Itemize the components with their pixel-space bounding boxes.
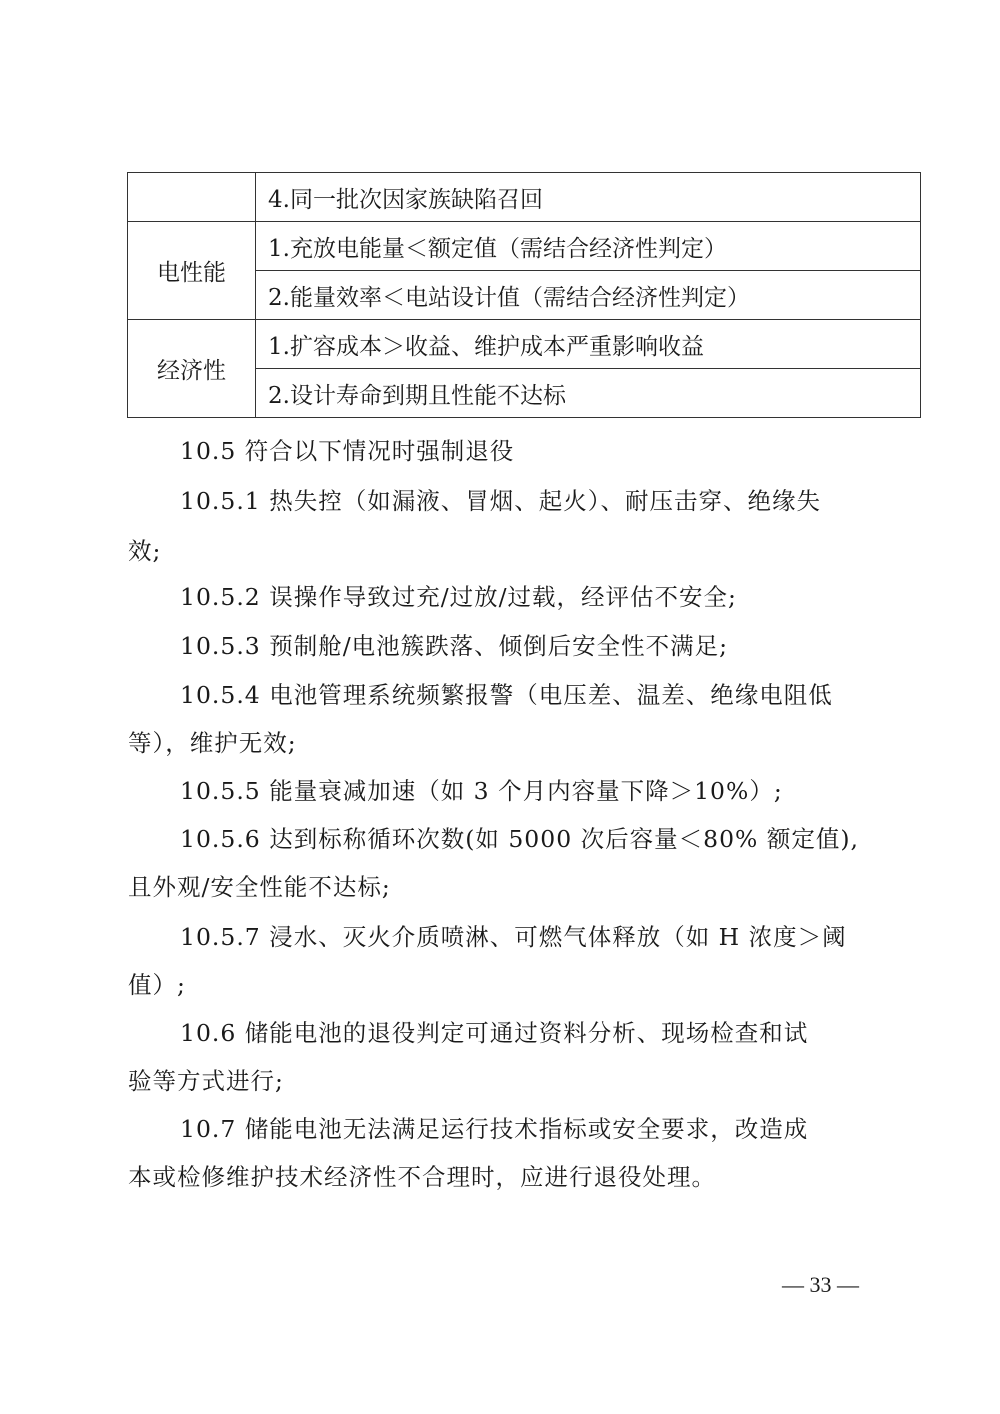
paragraph-10-7-cont: 本或检修维护技术经济性不合理时，应进行退役处理。	[128, 1164, 716, 1190]
page-number: — 33 —	[782, 1272, 859, 1298]
table-item-cell: 1.扩容成本＞收益、维护成本严重影响收益	[256, 320, 921, 369]
paragraph-10-5-4: 10.5.4 电池管理系统频繁报警（电压差、温差、绝缘电阻低	[180, 682, 833, 708]
paragraph-10-7: 10.7 储能电池无法满足运行技术指标或安全要求，改造成	[180, 1116, 808, 1142]
table-item-cell: 4.同一批次因家族缺陷召回	[256, 173, 921, 222]
paragraph-10-5-5: 10.5.5 能量衰减加速（如 3 个月内容量下降＞10%）;	[180, 778, 783, 804]
table-row: 电性能 1.充放电能量＜额定值（需结合经济性判定）	[128, 222, 921, 271]
table-item-cell: 2.设计寿命到期且性能不达标	[256, 369, 921, 418]
table-category-cell	[128, 173, 256, 222]
paragraph-10-5-6-cont: 且外观/安全性能不达标;	[128, 874, 391, 900]
table-category-cell: 电性能	[128, 222, 256, 320]
paragraph-10-5-1: 10.5.1 热失控（如漏液、冒烟、起火）、耐压击穿、绝缘失	[180, 488, 821, 514]
paragraph-10-5-6: 10.5.6 达到标称循环次数(如 5000 次后容量＜80% 额定值),	[180, 826, 859, 852]
table-row: 4.同一批次因家族缺陷召回	[128, 173, 921, 222]
table-category-cell: 经济性	[128, 320, 256, 418]
paragraph-10-5-7: 10.5.7 浸水、灭火介质喷淋、可燃气体释放（如 H 浓度＞阈	[180, 924, 847, 950]
table-item-cell: 1.充放电能量＜额定值（需结合经济性判定）	[256, 222, 921, 271]
paragraph-10-5-4-cont: 等），维护无效;	[128, 730, 297, 756]
retirement-criteria-table: 4.同一批次因家族缺陷召回 电性能 1.充放电能量＜额定值（需结合经济性判定） …	[127, 172, 921, 418]
paragraph-10-6-cont: 验等方式进行;	[128, 1068, 284, 1094]
table-row: 经济性 1.扩容成本＞收益、维护成本严重影响收益	[128, 320, 921, 369]
paragraph-10-6: 10.6 储能电池的退役判定可通过资料分析、现场检查和试	[180, 1020, 808, 1046]
paragraph-10-5-7-cont: 值）;	[128, 972, 186, 998]
table-item-cell: 2.能量效率＜电站设计值（需结合经济性判定）	[256, 271, 921, 320]
paragraph-10-5: 10.5 符合以下情况时强制退役	[180, 438, 514, 464]
paragraph-10-5-3: 10.5.3 预制舱/电池簇跌落、倾倒后安全性不满足;	[180, 633, 728, 659]
paragraph-10-5-1-cont: 效;	[128, 538, 161, 564]
paragraph-10-5-2: 10.5.2 误操作导致过充/过放/过载，经评估不安全;	[180, 584, 737, 610]
